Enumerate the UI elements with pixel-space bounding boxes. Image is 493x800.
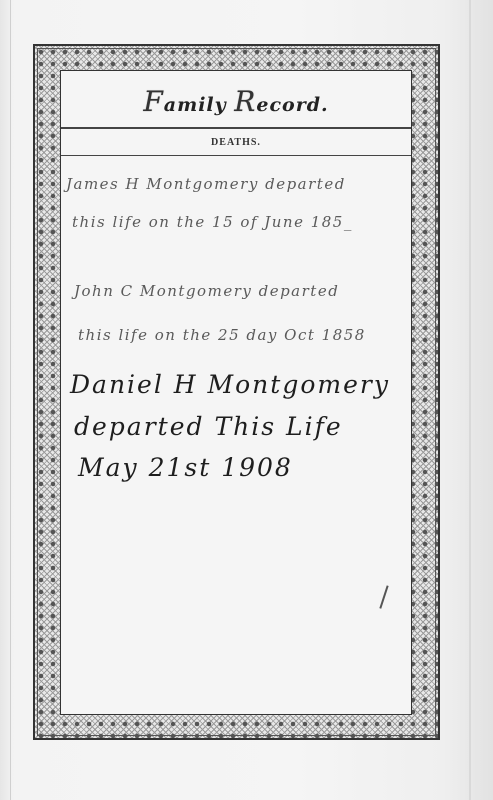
document-page: Family Record. DEATHS. James H Montgomer…	[0, 0, 493, 800]
title-initial: F	[143, 85, 163, 118]
title-initial: R	[234, 85, 256, 118]
handwritten-line: James H Montgomery departed	[66, 175, 346, 193]
title-banner: Family Record.	[61, 71, 411, 129]
handwritten-line: Daniel H Montgomery	[70, 370, 390, 399]
title-text: amily	[164, 94, 235, 116]
page-edge	[469, 0, 471, 800]
handwritten-line: this life on the 25 day Oct 1858	[78, 326, 366, 344]
section-banner: DEATHS.	[61, 129, 411, 156]
page-title: Family Record.	[143, 85, 328, 118]
handwritten-line: John C Montgomery departed	[74, 282, 339, 300]
page-edge	[10, 0, 11, 800]
handwritten-line: departed This Life	[74, 412, 343, 441]
handwritten-line: May 21st 1908	[78, 453, 293, 482]
handwritten-line: this life on the 15 of June 185_	[72, 213, 353, 231]
section-heading: DEATHS.	[211, 137, 261, 148]
title-text: ecord.	[256, 94, 328, 116]
